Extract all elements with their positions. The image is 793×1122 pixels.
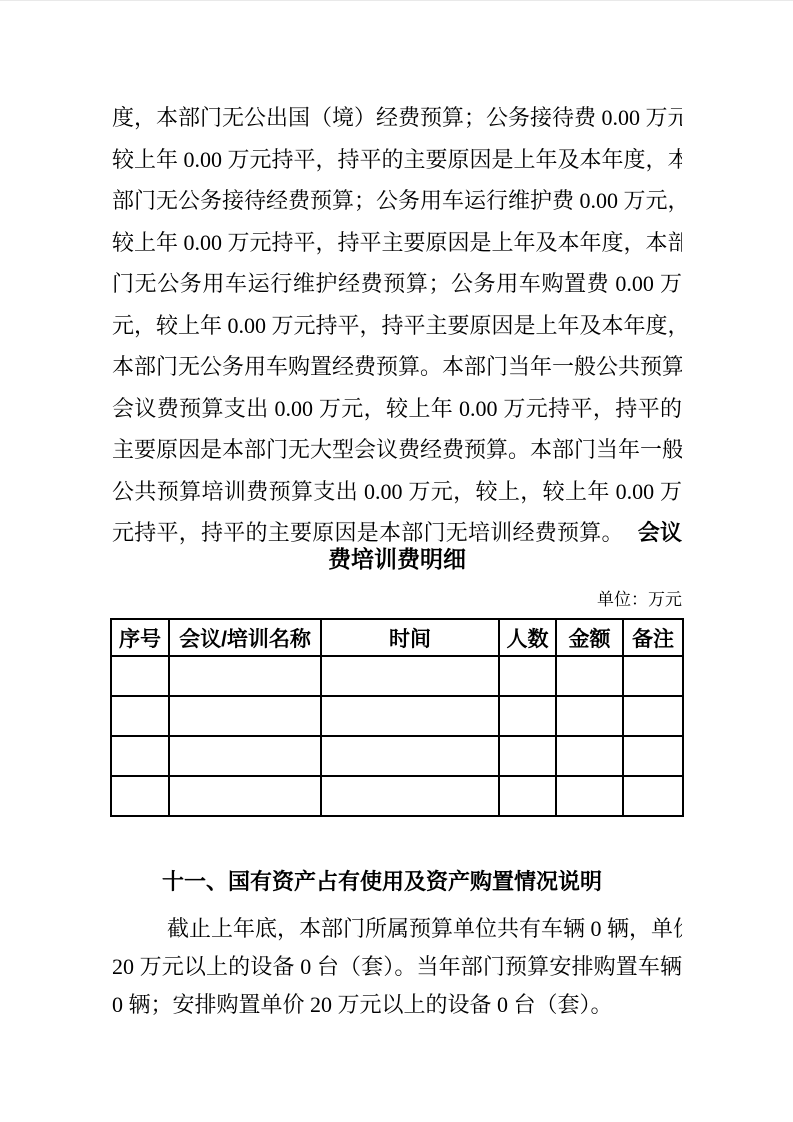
table-cell [556, 736, 623, 776]
table-cell [169, 736, 321, 776]
column-header-people-count: 人数 [499, 619, 556, 656]
table-cell [499, 656, 556, 696]
table-cell [623, 776, 683, 816]
document-page: 度，本部门无公出国（境）经费预算；公务接待费 0.00 万元， 较上年 0.00… [0, 0, 793, 1122]
paragraph-line: 较上年 0.00 万元持平，持平主要原因是上年及本年度，本部 [112, 222, 682, 264]
table-title-first-part: 会议 [624, 520, 682, 545]
table-cell [623, 736, 683, 776]
table-cell [556, 696, 623, 736]
table-cell [499, 696, 556, 736]
paragraph-line: 较上年 0.00 万元持平，持平的主要原因是上年及本年度，本 [112, 139, 682, 181]
table-row [111, 736, 683, 776]
paragraph-line: 公共预算培训费预算支出 0.00 万元，较上，较上年 0.00 万 [112, 471, 682, 513]
table-cell [169, 776, 321, 816]
paragraph-line: 截止上年底，本部门所属预算单位共有车辆 0 辆，单价 [112, 910, 682, 948]
column-header-remarks: 备注 [623, 619, 683, 656]
paragraph-line: 20 万元以上的设备 0 台（套）。当年部门预算安排购置车辆 [112, 948, 682, 986]
table-cell [321, 776, 499, 816]
meeting-training-detail-table: 序号 会议/培训名称 时间 人数 金额 备注 [110, 618, 684, 817]
paragraph-line: 元，较上年 0.00 万元持平，持平主要原因是上年及本年度， [112, 305, 682, 347]
table-cell [111, 696, 169, 736]
table-header-row: 序号 会议/培训名称 时间 人数 金额 备注 [111, 619, 683, 656]
paragraph-line: 主要原因是本部门无大型会议费经费预算。本部门当年一般 [112, 429, 682, 471]
table-row [111, 656, 683, 696]
paragraph-line: 门无公务用车运行维护经费预算；公务用车购置费 0.00 万 [112, 263, 682, 305]
table-cell [623, 656, 683, 696]
paragraph-line: 本部门无公务用车购置经费预算。本部门当年一般公共预算 [112, 346, 682, 388]
column-header-time: 时间 [321, 619, 499, 656]
paragraph-line: 度，本部门无公出国（境）经费预算；公务接待费 0.00 万元， [112, 97, 682, 139]
table-cell [169, 656, 321, 696]
table-cell [556, 776, 623, 816]
paragraph-line: 部门无公务接待经费预算；公务用车运行维护费 0.00 万元， [112, 180, 682, 222]
table-cell [111, 736, 169, 776]
table-cell [623, 696, 683, 736]
column-header-amount: 金额 [556, 619, 623, 656]
table-cell [111, 776, 169, 816]
table-cell [321, 736, 499, 776]
asset-usage-paragraph: 截止上年底，本部门所属预算单位共有车辆 0 辆，单价 20 万元以上的设备 0 … [112, 910, 682, 1024]
table-cell [321, 696, 499, 736]
table-cell [169, 696, 321, 736]
table-row [111, 696, 683, 736]
paragraph-line: 会议费预算支出 0.00 万元，较上年 0.00 万元持平，持平的 [112, 388, 682, 430]
table-row [111, 776, 683, 816]
budget-explanation-paragraph: 度，本部门无公出国（境）经费预算；公务接待费 0.00 万元， 较上年 0.00… [112, 97, 682, 554]
column-header-index: 序号 [111, 619, 169, 656]
table-cell [556, 656, 623, 696]
table-cell [499, 736, 556, 776]
table-cell [499, 776, 556, 816]
column-header-meeting-name: 会议/培训名称 [169, 619, 321, 656]
section-eleven-heading: 十一、国有资产占有使用及资产购置情况说明 [112, 867, 682, 897]
table-title-second-line: 费培训费明细 [112, 544, 682, 574]
table-cell [111, 656, 169, 696]
table-cell [321, 656, 499, 696]
paragraph-text: 元持平，持平的主要原因是本部门无培训经费预算。 [112, 520, 624, 545]
unit-label: 单位：万元 [112, 588, 682, 612]
paragraph-line: 0 辆；安排购置单价 20 万元以上的设备 0 台（套）。 [112, 986, 682, 1024]
